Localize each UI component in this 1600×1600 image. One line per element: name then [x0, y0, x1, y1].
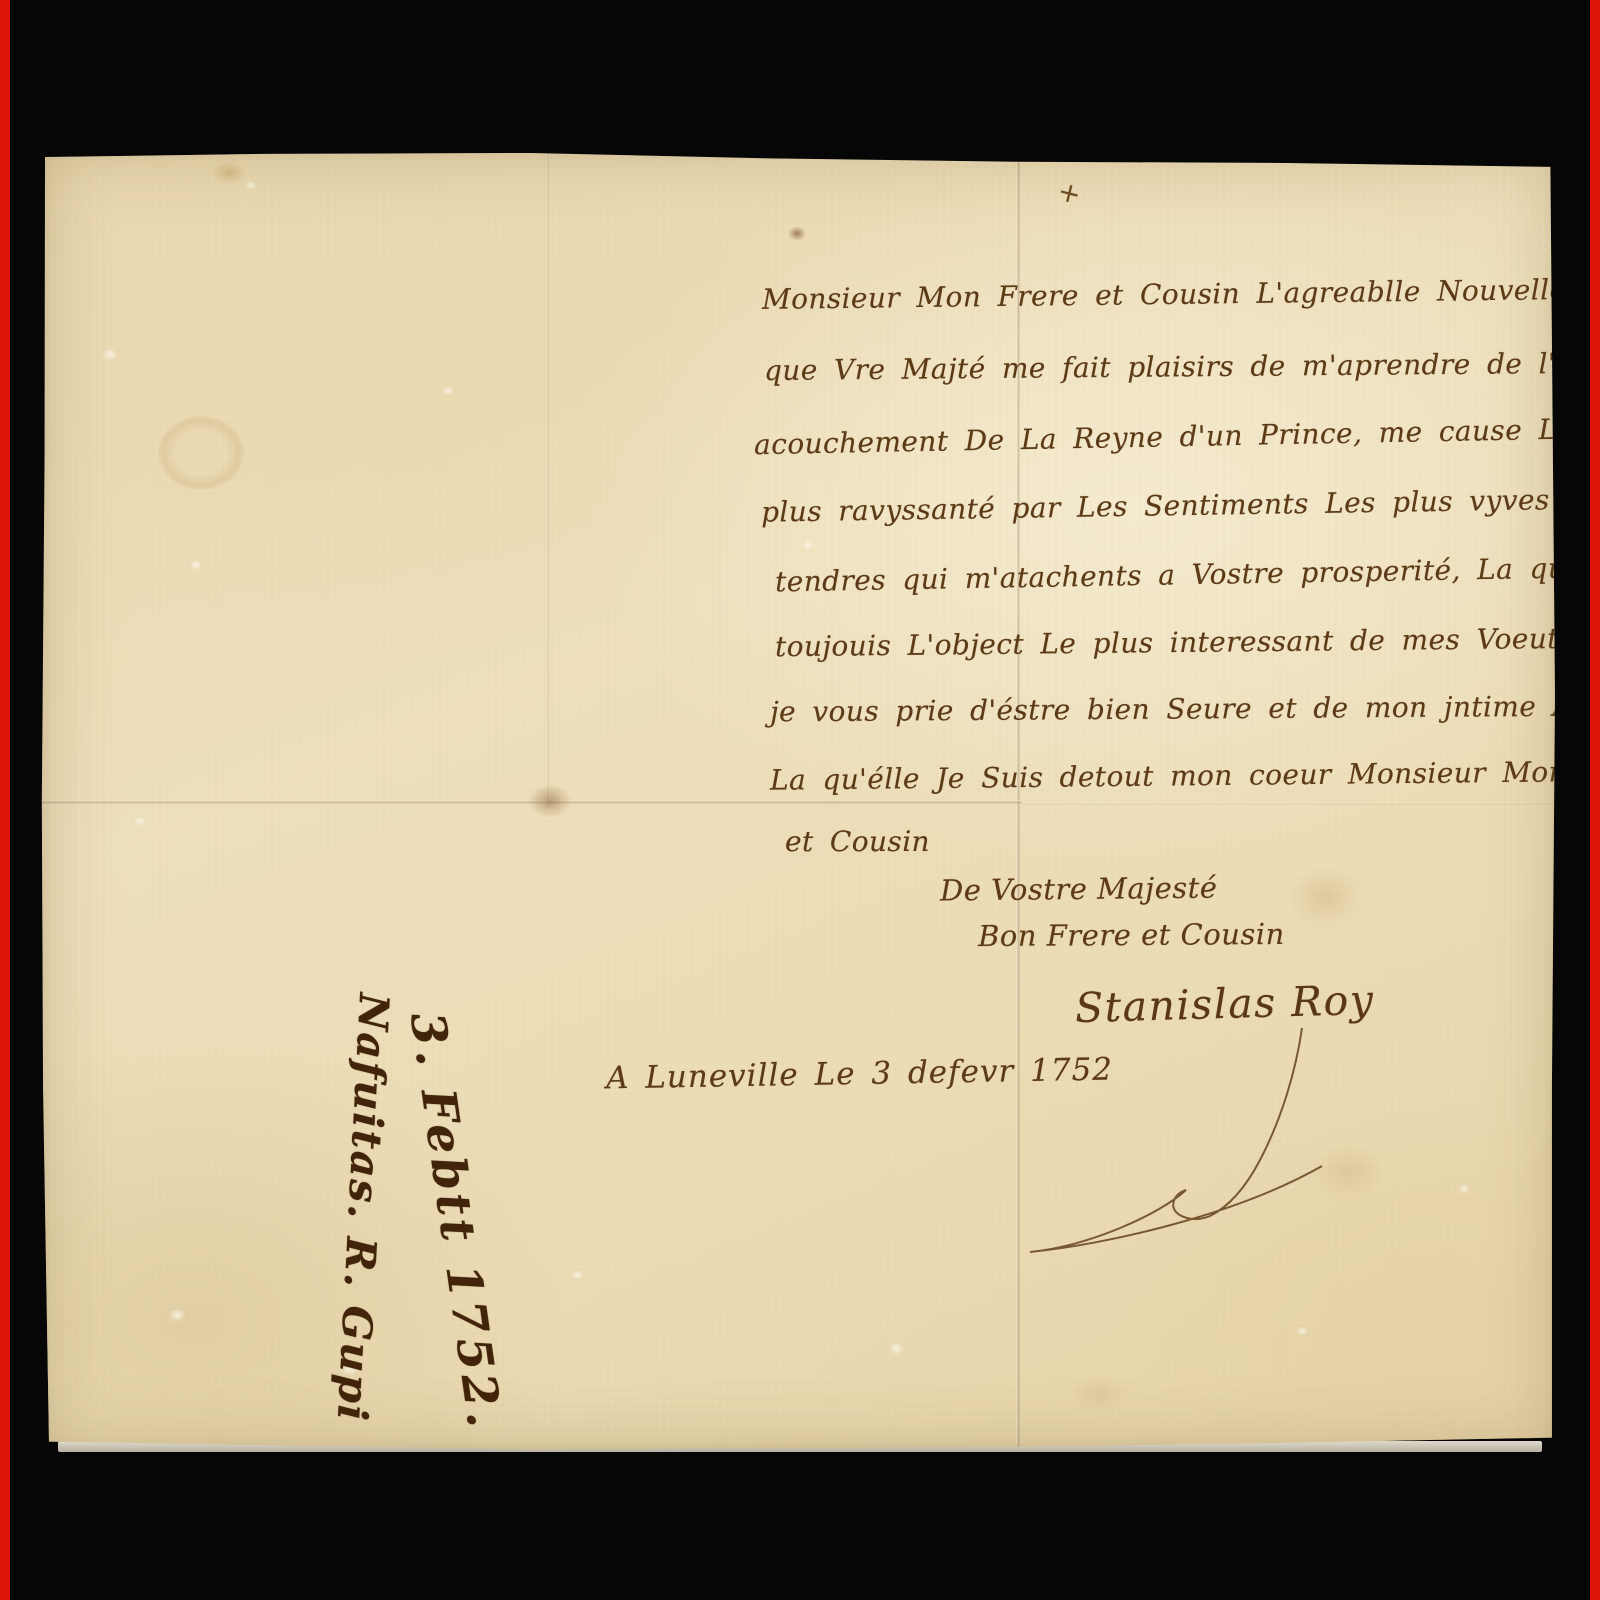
letter-paper: + Monsieur Mon Frere et Cousin L'agreabl… [40, 148, 1558, 1452]
left-red-edge-strip [0, 0, 10, 1600]
letter-photo: + Monsieur Mon Frere et Cousin L'agreabl… [0, 0, 1600, 1600]
paper-edge-shading [40, 148, 1558, 1452]
right-red-edge-strip [1590, 0, 1600, 1600]
